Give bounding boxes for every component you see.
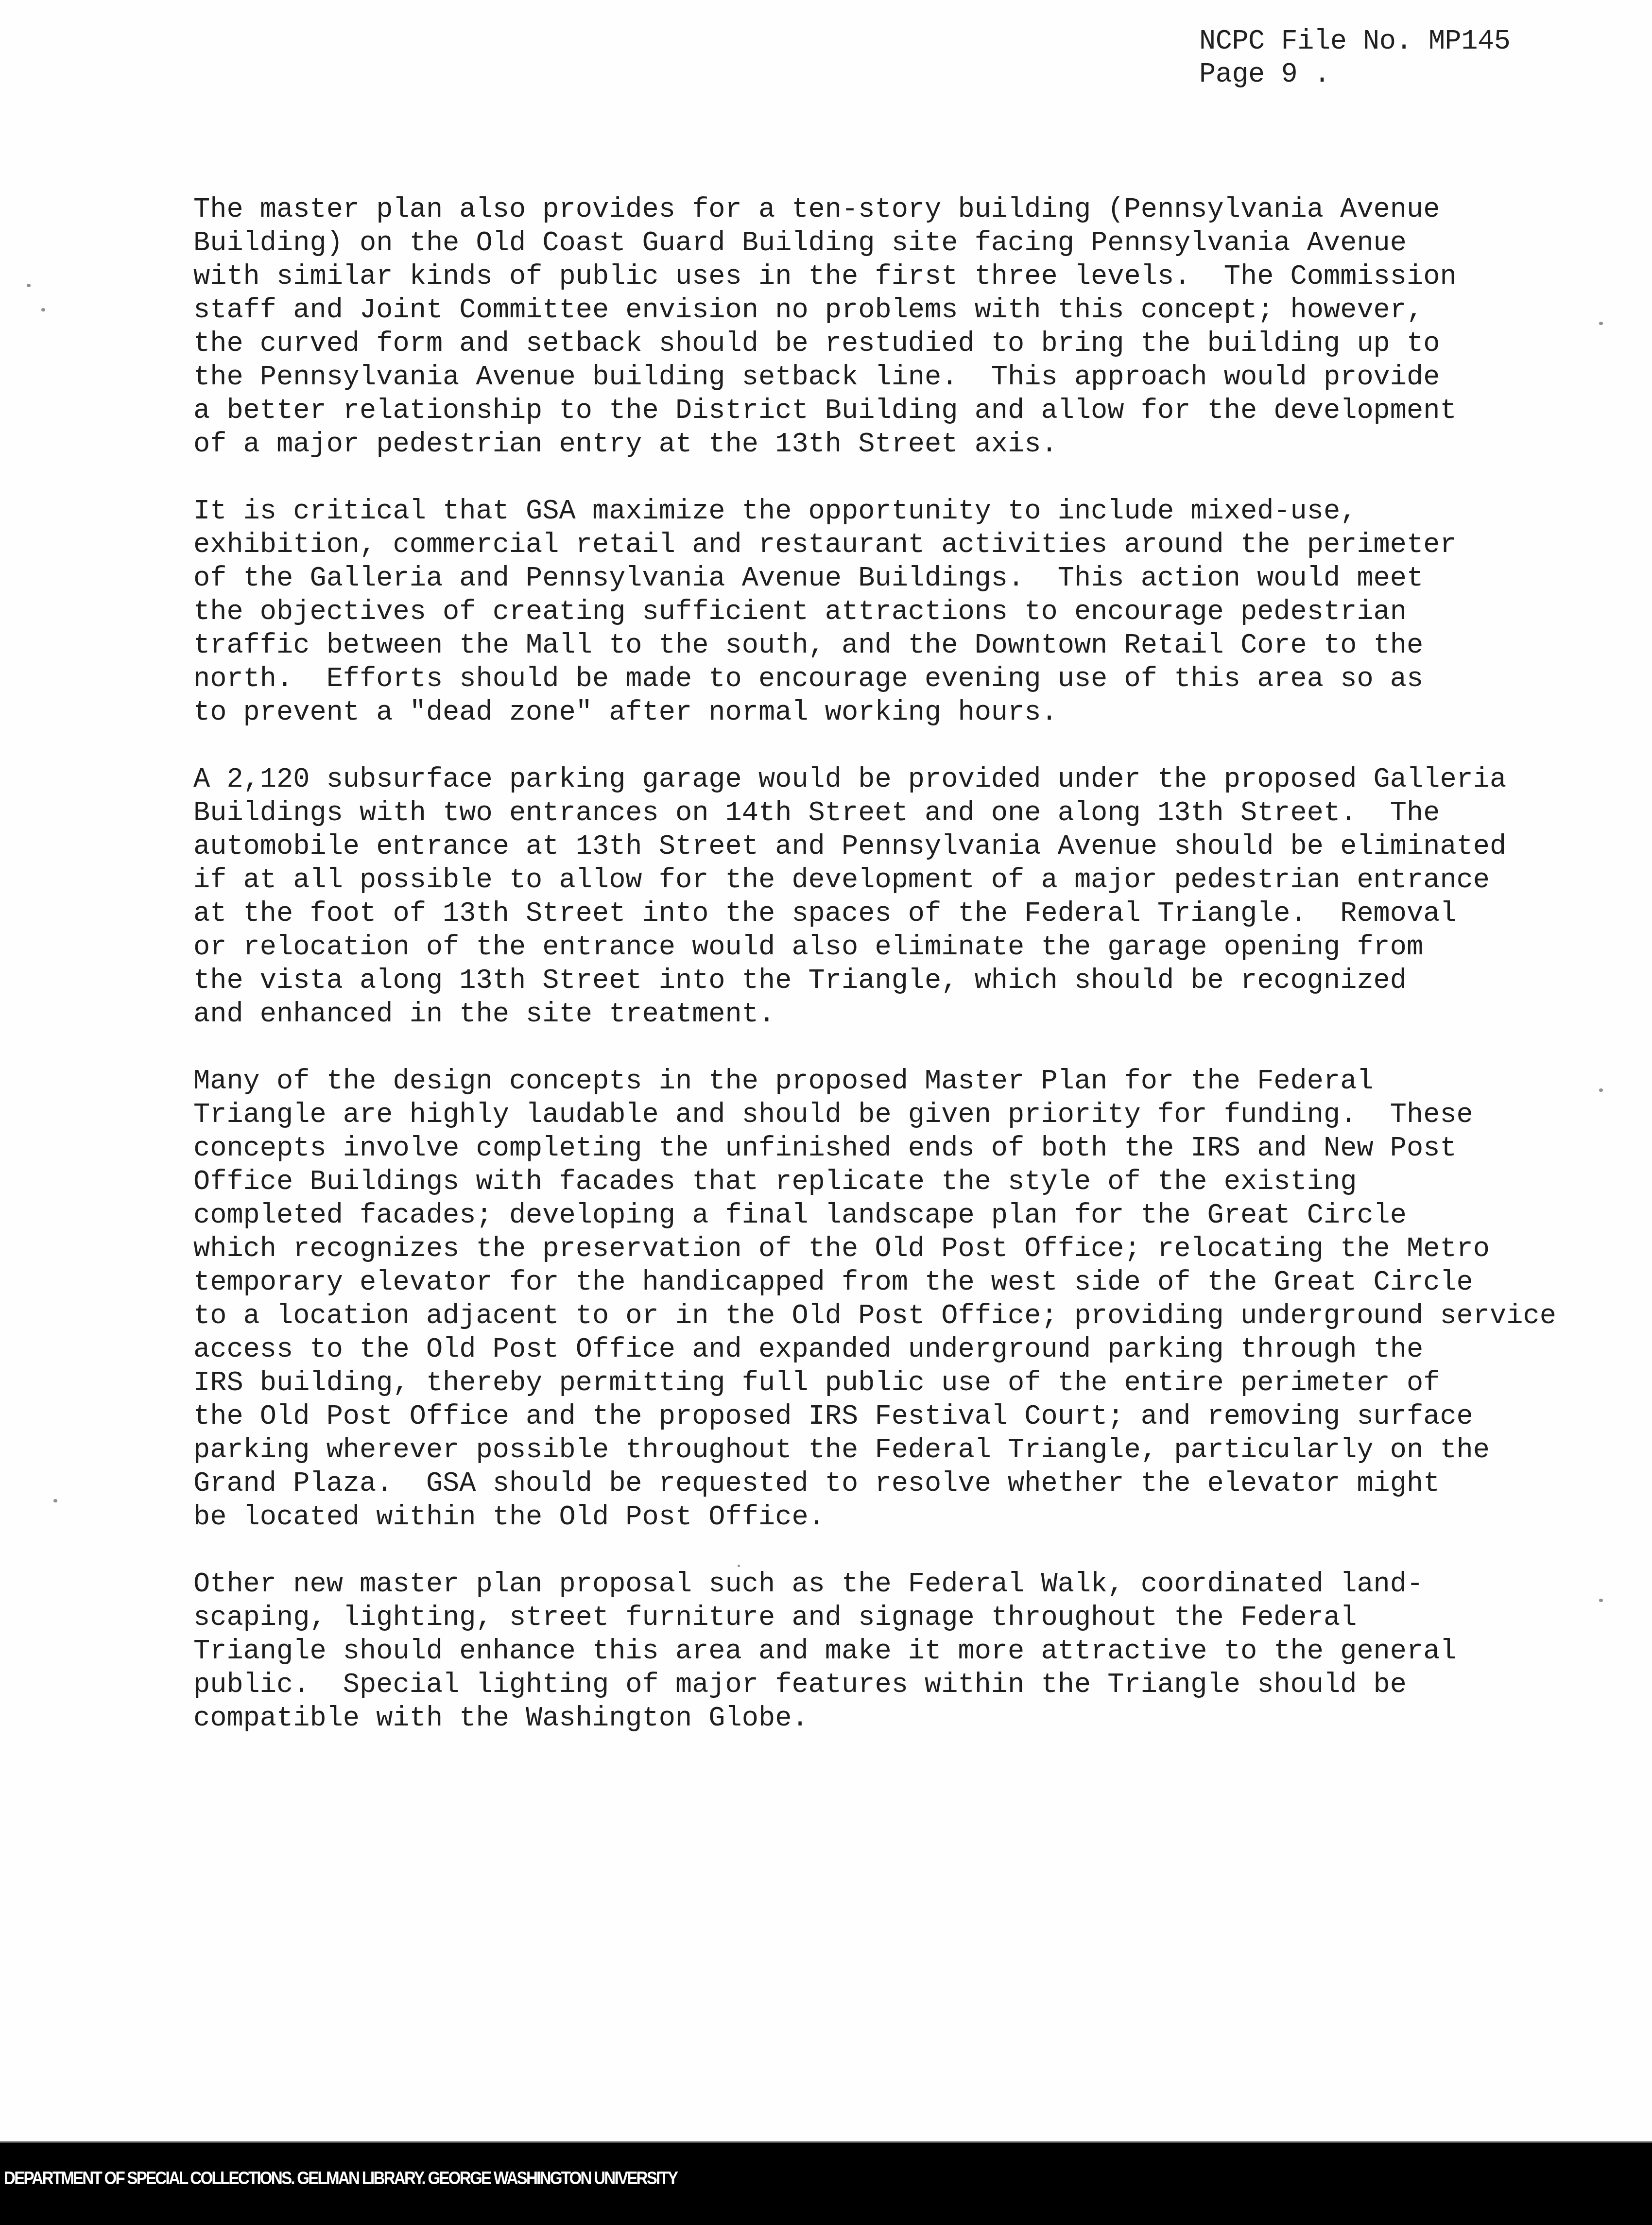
text-line: access to the Old Post Office and expand… — [193, 1333, 1602, 1367]
document-body: The master plan also provides for a ten-… — [193, 193, 1602, 1769]
text-line: of the Galleria and Pennsylvania Avenue … — [193, 562, 1602, 596]
text-line: traffic between the Mall to the south, a… — [193, 629, 1602, 663]
text-line: a better relationship to the District Bu… — [193, 395, 1602, 428]
text-line: IRS building, thereby permitting full pu… — [193, 1367, 1602, 1400]
text-line: It is critical that GSA maximize the opp… — [193, 495, 1602, 529]
scan-speck — [53, 1499, 57, 1502]
text-line: to a location adjacent to or in the Old … — [193, 1300, 1602, 1333]
text-line: at the foot of 13th Street into the spac… — [193, 897, 1602, 931]
text-line: Other new master plan proposal such as t… — [193, 1568, 1602, 1602]
text-line: compatible with the Washington Globe. — [193, 1702, 1602, 1736]
text-line: concepts involve completing the unfinish… — [193, 1132, 1602, 1166]
text-line: Buildings with two entrances on 14th Str… — [193, 797, 1602, 830]
text-line: completed facades; developing a final la… — [193, 1199, 1602, 1233]
text-line: be located within the Old Post Office. — [193, 1501, 1602, 1535]
text-line: staff and Joint Committee envision no pr… — [193, 294, 1602, 328]
document-page: NCPC File No. MP145 Page 9 . The master … — [0, 0, 1652, 2141]
text-line: The master plan also provides for a ten-… — [193, 193, 1602, 227]
paragraph: Many of the design concepts in the propo… — [193, 1065, 1602, 1535]
text-line: with similar kinds of public uses in the… — [193, 260, 1602, 294]
scan-speck — [1599, 1599, 1603, 1602]
text-line: Building) on the Old Coast Guard Buildin… — [193, 227, 1602, 260]
scan-speck — [27, 284, 31, 287]
text-line: the objectives of creating sufficient at… — [193, 596, 1602, 629]
text-line: which recognizes the preservation of the… — [193, 1233, 1602, 1266]
text-line: Triangle are highly laudable and should … — [193, 1099, 1602, 1132]
page-number: Page 9 . — [1199, 59, 1330, 90]
paragraph: A 2,120 subsurface parking garage would … — [193, 763, 1602, 1032]
scan-speck — [41, 308, 45, 311]
text-line: north. Efforts should be made to encoura… — [193, 663, 1602, 696]
text-line: if at all possible to allow for the deve… — [193, 864, 1602, 897]
paragraph: Other new master plan proposal such as t… — [193, 1568, 1602, 1736]
paragraph: It is critical that GSA maximize the opp… — [193, 495, 1602, 730]
archive-credit: DEPARTMENT OF SPECIAL COLLECTIONS. GELMA… — [4, 2168, 677, 2189]
text-line: the curved form and setback should be re… — [193, 328, 1602, 361]
text-line: the Old Post Office and the proposed IRS… — [193, 1400, 1602, 1434]
text-line: of a major pedestrian entry at the 13th … — [193, 428, 1602, 462]
text-line: the vista along 13th Street into the Tri… — [193, 965, 1602, 998]
scan-speck — [1599, 322, 1603, 325]
text-line: Office Buildings with facades that repli… — [193, 1166, 1602, 1199]
text-line: temporary elevator for the handicapped f… — [193, 1266, 1602, 1300]
text-line: Many of the design concepts in the propo… — [193, 1065, 1602, 1099]
scan-speck — [738, 1565, 740, 1567]
paragraph: The master plan also provides for a ten-… — [193, 193, 1602, 462]
text-line: Grand Plaza. GSA should be requested to … — [193, 1467, 1602, 1501]
text-line: Triangle should enhance this area and ma… — [193, 1635, 1602, 1669]
file-number: NCPC File No. MP145 — [1199, 26, 1510, 57]
text-line: exhibition, commercial retail and restau… — [193, 529, 1602, 562]
text-line: to prevent a "dead zone" after normal wo… — [193, 696, 1602, 730]
text-line: automobile entrance at 13th Street and P… — [193, 830, 1602, 864]
archive-credit-bar: DEPARTMENT OF SPECIAL COLLECTIONS. GELMA… — [0, 2141, 1652, 2225]
text-line: or relocation of the entrance would also… — [193, 931, 1602, 965]
text-line: and enhanced in the site treatment. — [193, 998, 1602, 1032]
text-line: A 2,120 subsurface parking garage would … — [193, 763, 1602, 797]
scan-speck — [1599, 1088, 1603, 1092]
text-line: public. Special lighting of major featur… — [193, 1669, 1602, 1702]
text-line: parking wherever possible throughout the… — [193, 1434, 1602, 1467]
text-line: the Pennsylvania Avenue building setback… — [193, 361, 1602, 395]
page-header: NCPC File No. MP145 Page 9 . — [1199, 25, 1510, 91]
text-line: scaping, lighting, street furniture and … — [193, 1602, 1602, 1635]
